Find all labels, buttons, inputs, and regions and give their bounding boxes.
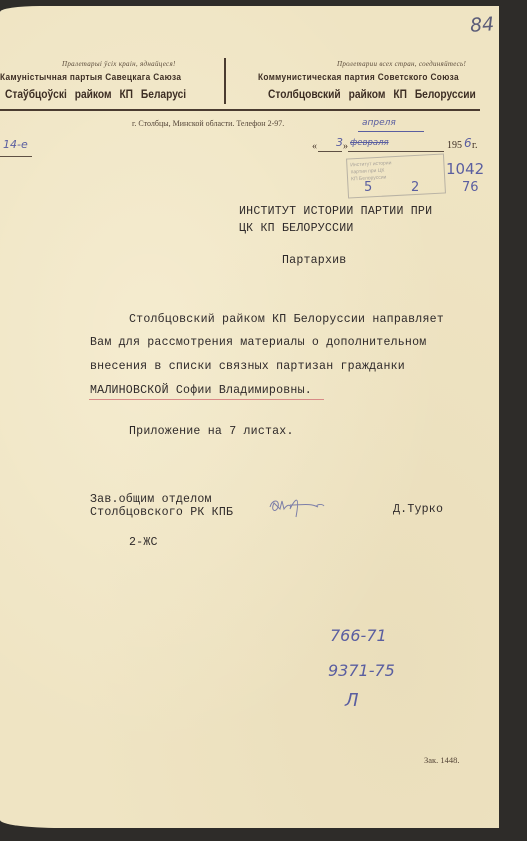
body-line-1: Столбцовский райком КП Белоруссии направ… — [129, 313, 444, 326]
signature-title-line-1: Зав.общим отделом — [90, 494, 212, 506]
attachment-note: Приложение на 7 листах. — [129, 425, 294, 438]
handwritten-initials: Л — [345, 690, 359, 711]
reference-code: 2-ЖС — [129, 536, 158, 549]
name-red-underline — [89, 399, 324, 400]
print-order: Зак. 1448. — [424, 755, 460, 765]
body-line-4: МАЛИНОВСКОЙ Софии Владимировны. — [90, 384, 312, 397]
margin-note-underline — [0, 156, 32, 157]
signature-title-line-2: Столбцовского РК КПБ — [90, 506, 233, 519]
handwritten-note-1: 766-71 — [330, 626, 387, 645]
letterhead-left-party: Камуністычная партыя Савецкага Саюза — [0, 72, 181, 82]
signatory-name: Д.Турко — [393, 503, 443, 516]
letterhead-right-org: Столбцовский райком КП Белоруссии — [268, 87, 476, 101]
date-year-hand: 6 — [464, 136, 472, 150]
stamp-number: 1042 — [446, 160, 484, 178]
letterhead-left-motto: Пралетарыі ўсіх краін, яднайцеся! — [62, 60, 176, 68]
recipient-dept: Партархив — [282, 254, 346, 267]
stamp-year: 76 — [462, 180, 479, 195]
document-page — [0, 6, 499, 828]
letterhead-left-org: Стаўбцоўскі райком КП Беларусі — [5, 87, 186, 101]
date-open-quote: « — [312, 141, 317, 152]
date-correction-underline — [358, 131, 424, 132]
letterhead-rule — [0, 109, 480, 111]
folio-number: 84 — [469, 13, 495, 37]
letterhead-right-party: Коммунистическая партия Советского Союза — [258, 72, 459, 82]
body-line-2: Вам для рассмотрения материалы о дополни… — [90, 336, 426, 349]
date-year-suffix: г. — [472, 140, 477, 151]
date-month-line — [348, 151, 444, 152]
date-month-corrected: апреля — [362, 118, 396, 128]
recipient-line-1: ИНСТИТУТ ИСТОРИИ ПАРТИИ ПРИ — [239, 205, 432, 218]
letterhead-right-motto: Пролетарии всех стран, соединяйтесь! — [337, 60, 466, 68]
body-line-3: внесения в списки связных партизан гражд… — [90, 360, 405, 373]
stamp-day: 5 — [364, 180, 372, 195]
date-year-prefix: 195 — [447, 140, 462, 151]
margin-note: 14-е — [3, 138, 28, 151]
date-day-line — [318, 151, 342, 152]
stamp-month: 2 — [411, 180, 419, 195]
letterhead-divider — [224, 58, 226, 104]
recipient-line-2: ЦК КП БЕЛОРУССИИ — [239, 222, 354, 235]
registration-stamp: Институт истории партии при ЦК КП Белору… — [346, 153, 446, 198]
letterhead-address: г. Столбцы, Минской области. Телефон 2-9… — [132, 119, 284, 128]
date-day: 3 — [336, 136, 343, 149]
handwritten-note-2: 9371-75 — [328, 661, 395, 680]
handwritten-signature — [266, 493, 336, 523]
date-month-struck: февраля — [350, 138, 389, 148]
